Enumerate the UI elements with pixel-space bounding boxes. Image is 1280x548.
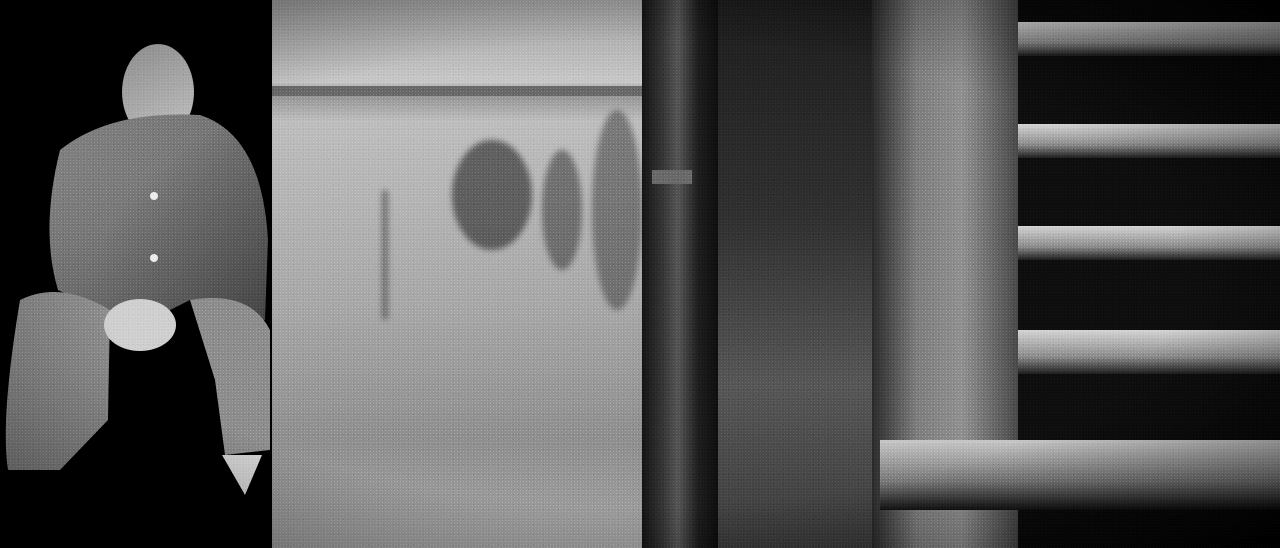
photograph xyxy=(0,0,1280,548)
stone-slab xyxy=(880,440,1280,510)
drainpipe xyxy=(642,0,722,548)
step xyxy=(1018,330,1280,374)
step xyxy=(1018,124,1280,158)
stained-plaster-wall xyxy=(272,0,646,548)
wall-stain xyxy=(542,150,582,270)
rubble-alley xyxy=(718,0,878,548)
step xyxy=(1018,226,1280,260)
step xyxy=(1018,22,1280,56)
crouching-man xyxy=(0,0,280,548)
wall-stain xyxy=(452,140,532,250)
wall-stain xyxy=(592,110,642,310)
wall-crack xyxy=(382,190,388,320)
